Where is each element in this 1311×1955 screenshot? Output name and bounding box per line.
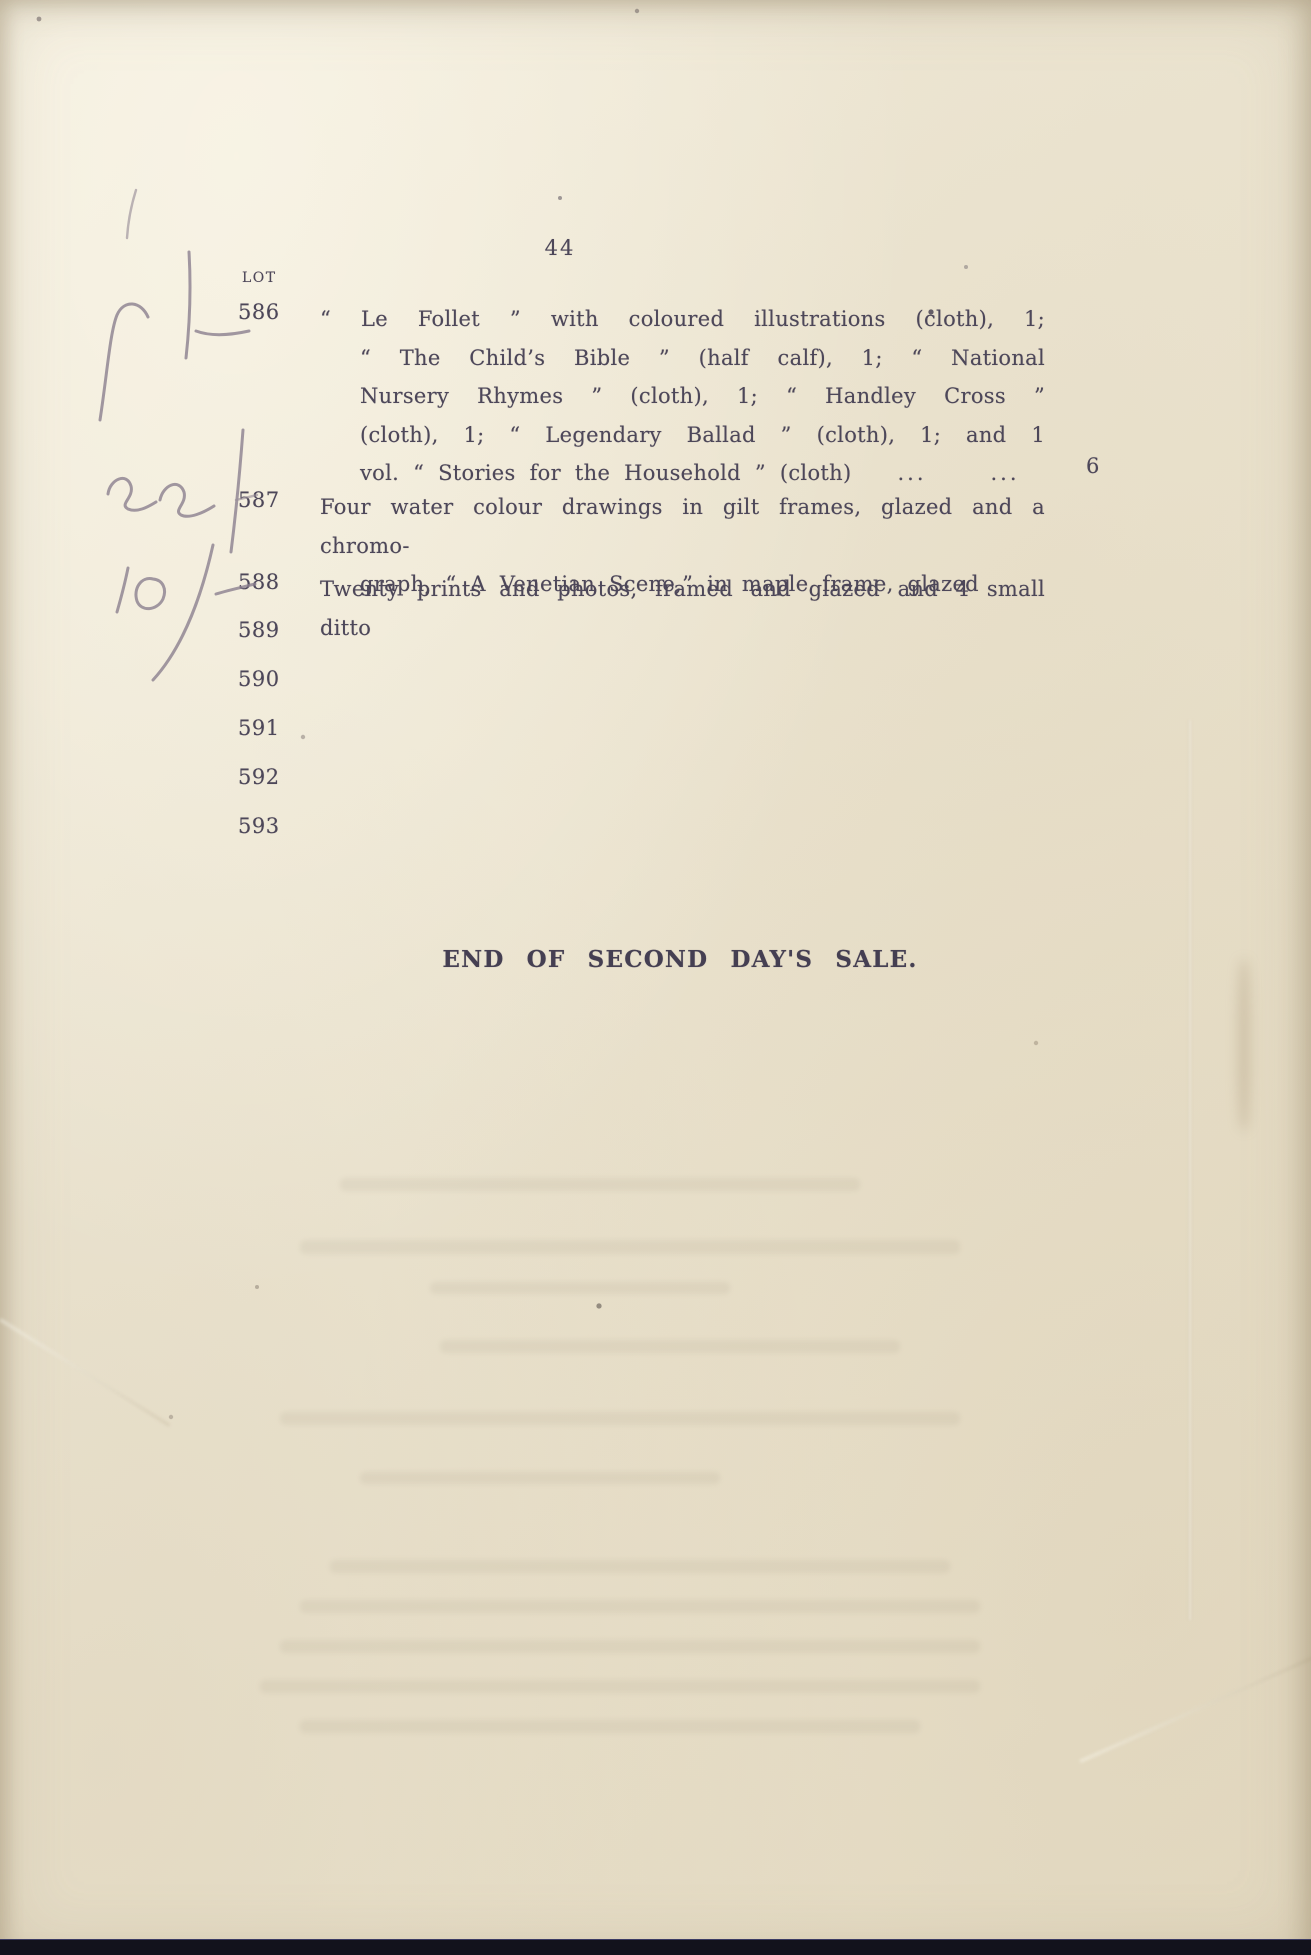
- paper-stain: [1238, 960, 1250, 1130]
- auction-catalogue-page: 44 LOT 586 “ Le Follet ” with coloured i…: [0, 0, 1311, 1955]
- lot-line: Nursery Rhymes ” (cloth), 1; “ Handley C…: [320, 377, 1045, 416]
- showthrough-line: [330, 1560, 950, 1573]
- paper-crease: [0, 1318, 170, 1427]
- lot-description: Twenty prints and photos, framed and gla…: [320, 570, 1045, 647]
- lot-column-header: LOT: [242, 270, 277, 286]
- showthrough-line: [430, 1282, 730, 1294]
- lot-number: 590: [238, 667, 290, 691]
- showthrough-line: [300, 1720, 920, 1733]
- paper-specks: [0, 0, 2, 2]
- lot-number: 587: [238, 488, 290, 512]
- lot-line: “ Le Follet ” with coloured illustration…: [320, 300, 1045, 339]
- showthrough-line: [360, 1472, 720, 1484]
- lot-number: 586: [238, 300, 290, 324]
- lot-number: 588: [238, 570, 290, 594]
- showthrough-line: [340, 1178, 860, 1191]
- page-number: 44: [500, 236, 620, 260]
- showthrough-line: [300, 1600, 980, 1613]
- showthrough-line: [260, 1680, 980, 1693]
- showthrough-line: [280, 1412, 960, 1425]
- lot-line: Twenty prints and photos, framed and gla…: [320, 570, 1045, 647]
- paper-crease: [1188, 720, 1192, 1620]
- pencil-mark-10: [117, 545, 255, 680]
- leader-dots: ...: [991, 454, 1020, 493]
- pencil-mark-7: [100, 190, 249, 420]
- scan-edge-bar: [0, 1939, 1311, 1955]
- leader-dots: ...: [897, 454, 926, 493]
- lot-line-text: vol. “ Stories for the Household ” (clot…: [360, 454, 851, 493]
- paper-crease: [1079, 1654, 1311, 1762]
- lot-line: (cloth), 1; “ Legendary Ballad ” (cloth)…: [320, 416, 1045, 455]
- showthrough-line: [300, 1240, 960, 1254]
- end-of-sale-heading: END OF SECOND DAY'S SALE.: [300, 946, 1060, 973]
- lot-number: 592: [238, 765, 290, 789]
- lot-number: 591: [238, 716, 290, 740]
- lot-number: 593: [238, 814, 290, 838]
- lot-price: 6: [1086, 454, 1099, 478]
- handwritten-pencil-annotations: [0, 0, 1311, 1955]
- pencil-mark-22: [108, 430, 257, 552]
- showthrough-line: [280, 1640, 980, 1653]
- lot-description: “ Le Follet ” with coloured illustration…: [320, 300, 1045, 493]
- lot-line: vol. “ Stories for the Household ” (clot…: [320, 454, 1045, 493]
- showthrough-line: [440, 1340, 900, 1353]
- lot-number: 589: [238, 618, 290, 642]
- lot-line: “ The Child’s Bible ” (half calf), 1; “ …: [320, 339, 1045, 378]
- lot-line: Four water colour drawings in gilt frame…: [320, 488, 1045, 565]
